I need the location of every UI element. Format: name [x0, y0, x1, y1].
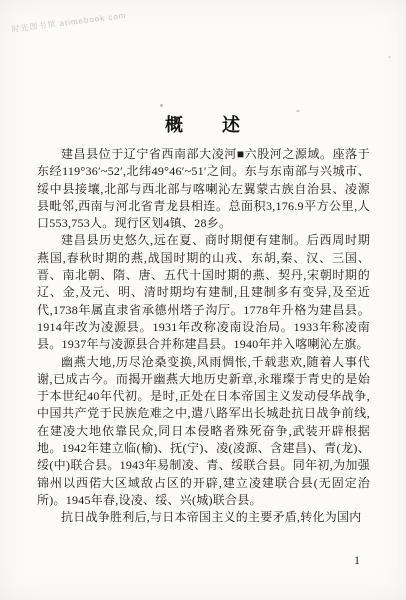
scan-speck	[388, 56, 391, 58]
chapter-title: 概 述	[0, 111, 406, 137]
scanned-book-page: 时光图书馆 atimebook com 概 述 建昌县位于辽宁省西南部大凌河■六…	[0, 0, 406, 600]
paragraph-postwar: 抗日战争胜利后,与日本帝国主义的主要矛盾,转化为国内	[37, 509, 370, 526]
body-text: 建昌县位于辽宁省西南部大凌河■六股河之源域。座落于东经119°36′~52′,北…	[37, 146, 370, 527]
paragraph-geography: 建昌县位于辽宁省西南部大凌河■六股河之源域。座落于东经119°36′~52′,北…	[37, 146, 370, 232]
paragraph-wartime: 幽燕大地,历尽沧桑变换,风雨惆怅,千载悲欢,随着人事代谢,已成古今。而揭开幽燕大…	[37, 354, 370, 510]
paragraph-history: 建昌县历史悠久,远在夏、商时期便有建制。后西周时期燕国,春秋时期的燕,战国时期的…	[37, 232, 370, 353]
library-watermark: 时光图书馆 atimebook com	[11, 10, 127, 35]
page-number: 1	[354, 553, 360, 568]
scan-speck	[160, 104, 163, 107]
